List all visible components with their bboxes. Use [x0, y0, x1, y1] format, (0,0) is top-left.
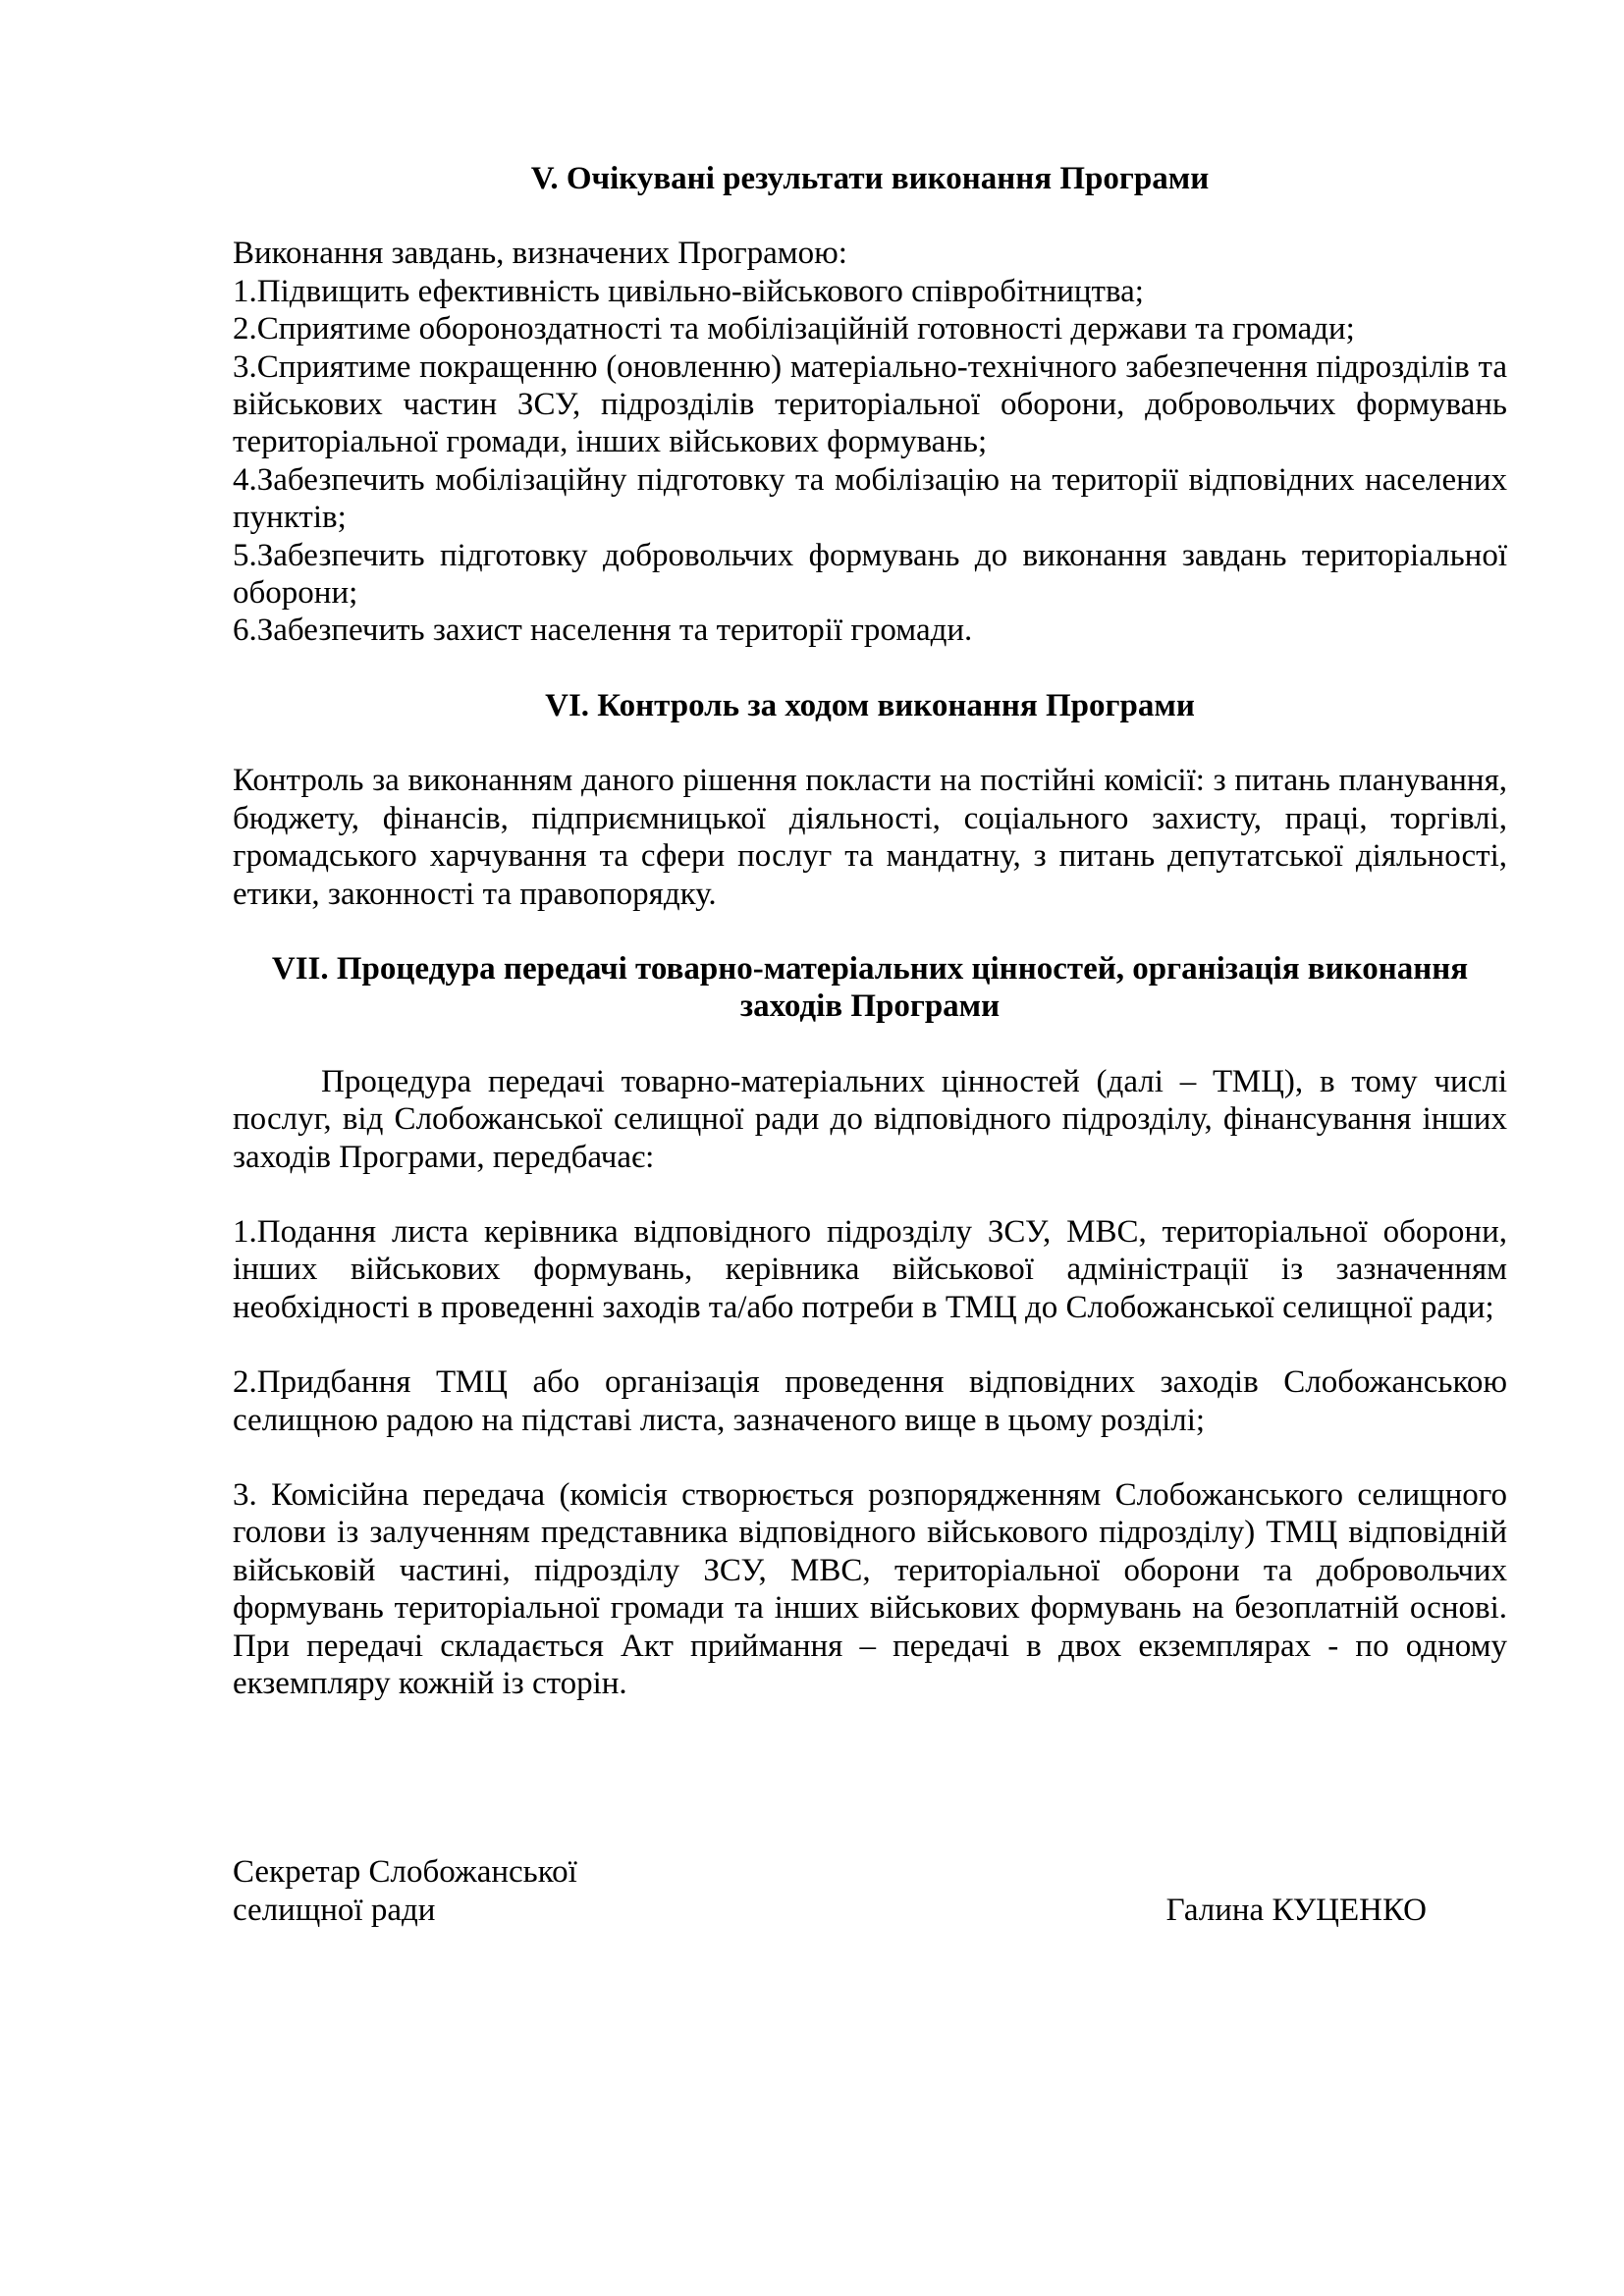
section-vii-title-line-2: заходів Програми	[233, 988, 1507, 1025]
signature-role-line-2: селищної ради	[233, 1892, 435, 1929]
section-vi-title: VI. Контроль за ходом виконання Програми	[233, 687, 1507, 724]
section-vii-item-2: 2.Придбання ТМЦ або організація проведен…	[233, 1363, 1507, 1439]
section-vii-intro: Процедура передачі товарно-матеріальних …	[233, 1063, 1507, 1176]
section-v-intro: Виконання завдань, визначених Програмою:	[233, 235, 1507, 272]
section-vii-item-3: 3. Комісійна передача (комісія створюєть…	[233, 1476, 1507, 1702]
section-v-item-5: 5.Забезпечить підготовку добровольчих фо…	[233, 537, 1507, 613]
signature-row: селищної ради Галина КУЦЕНКО	[233, 1892, 1507, 1929]
signature-role-line-1: Секретар Слобожанської	[233, 1853, 1507, 1891]
section-v-item-2: 2.Сприятиме обороноздатності та мобіліза…	[233, 310, 1507, 347]
signature-name: Галина КУЦЕНКО	[1166, 1892, 1427, 1929]
section-vi-body: Контроль за виконанням даного рішення по…	[233, 762, 1507, 913]
section-v-title: V. Очікувані результати виконання Програ…	[233, 160, 1507, 197]
section-v-item-6: 6.Забезпечить захист населення та терито…	[233, 612, 1507, 649]
section-v-item-4: 4.Забезпечить мобілізаційну підготовку т…	[233, 461, 1507, 537]
section-vii-title-line-1: VII. Процедура передачі товарно-матеріал…	[233, 950, 1507, 988]
signature-block: Секретар Слобожанської селищної ради Гал…	[233, 1853, 1507, 1929]
section-v-item-1: 1.Підвищить ефективність цивільно-військ…	[233, 273, 1507, 310]
section-vii-item-1: 1.Подання листа керівника відповідного п…	[233, 1213, 1507, 1326]
document-page: V. Очікувані результати виконання Програ…	[0, 0, 1624, 2296]
section-v-item-3: 3.Сприятиме покращенню (оновленню) матер…	[233, 348, 1507, 461]
